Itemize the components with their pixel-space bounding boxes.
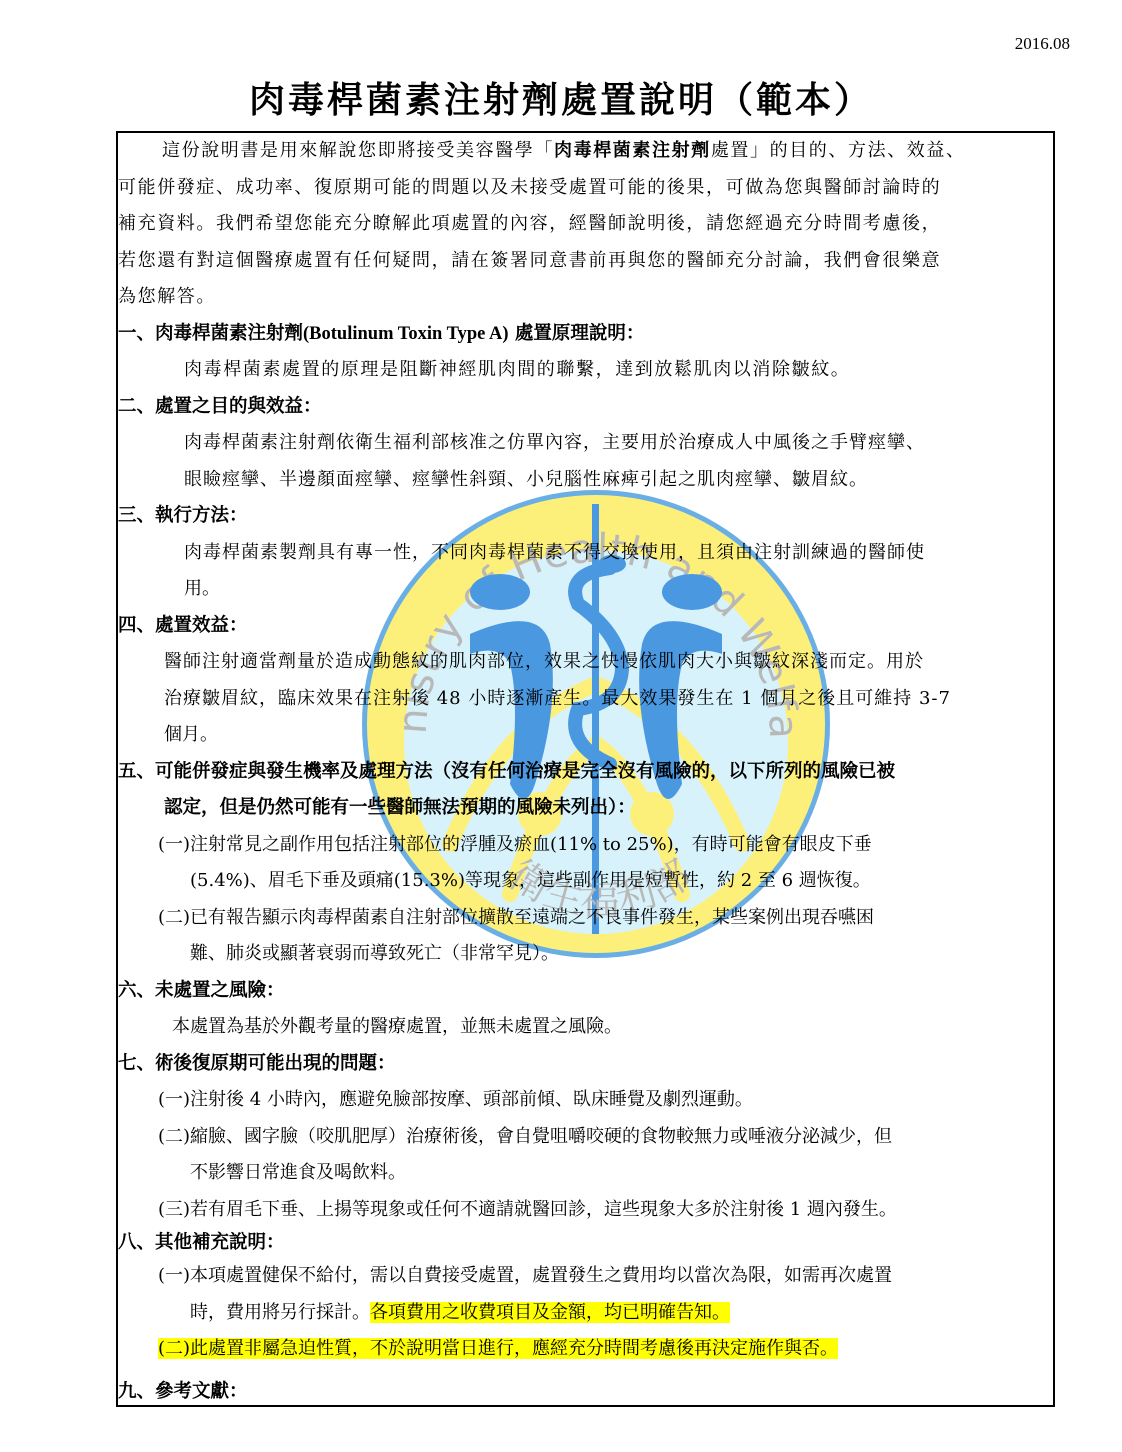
section-5-heading-line-2: 認定，但是仍然可能有一些醫師無法預期的風險未列出）： xyxy=(118,790,1050,827)
section-8-item-1-line-2: 時，費用將另行採計。各項費用之收費項目及金額，均已明確告知。 xyxy=(118,1295,1050,1332)
highlighted-text: (二)此處置非屬急迫性質，不於說明當日進行，應經充分時間考慮後再決定施作與否。 xyxy=(158,1338,838,1359)
intro-line-4: 若您還有對這個醫療處置有任何疑問，請在簽署同意書前再與您的醫師充分討論，我們會很… xyxy=(118,243,1050,280)
intro-text: 這份說明書是用來解說您即將接受美容醫學「 xyxy=(162,140,554,161)
section-6-heading: 六、未處置之風險： xyxy=(118,973,1050,1010)
section-heading-english: (Botulinum Toxin Type A) xyxy=(303,324,508,344)
section-5-heading-line-1: 五、可能併發症與發生機率及處理方法（沒有任何治療是完全沒有風險的，以下所列的風險… xyxy=(118,754,1050,791)
section-5-item-1-line-2: (5.4%)、眉毛下垂及頭痛(15.3%)等現象，這些副作用是短暫性，約 2 至… xyxy=(118,863,1050,900)
section-2-line: 眼瞼痙攣、半邊顏面痙攣、痙攣性斜頸、小兒腦性麻痺引起之肌肉痙攣、皺眉紋。 xyxy=(118,462,1050,499)
section-heading-text: 處置原理說明： xyxy=(508,323,644,344)
section-7-item-3: (三)若有眉毛下垂、上揚等現象或任何不適請就醫回診，這些現象大多於注射後 1 週… xyxy=(118,1192,1050,1229)
section-9-heading: 九、參考文獻： xyxy=(118,1374,1050,1411)
intro-line-3: 補充資料。我們希望您能充分瞭解此項處置的內容，經醫師說明後，請您經過充分時間考慮… xyxy=(118,206,1050,243)
document-date: 2016.08 xyxy=(1015,34,1070,54)
section-8-item-1-line-1: (一)本項處置健保不給付，需以自費接受處置，處置發生之費用均以當次為限，如需再次… xyxy=(118,1258,1050,1295)
section-4-heading: 四、處置效益： xyxy=(118,608,1050,645)
section-4-line: 治療皺眉紋，臨床效果在注射後 48 小時逐漸產生。最大效果發生在 1 個月之後且… xyxy=(118,681,1050,718)
section-5-item-1-line-1: (一)注射常見之副作用包括注射部位的浮腫及瘀血(11% to 25%)，有時可能… xyxy=(118,827,1050,864)
section-6-line: 本處置為基於外觀考量的醫療處置，並無未處置之風險。 xyxy=(118,1009,1050,1046)
section-8-plain-text: 時，費用將另行採計。 xyxy=(190,1302,370,1323)
section-1-heading: 一、肉毒桿菌素注射劑(Botulinum Toxin Type A) 處置原理說… xyxy=(118,316,1050,353)
intro-text: 處置」的目的、方法、效益、 xyxy=(711,140,966,161)
document-title: 肉毒桿菌素注射劑處置說明（範本） xyxy=(0,78,1122,122)
intro-line-1: 這份說明書是用來解說您即將接受美容醫學「肉毒桿菌素注射劑處置」的目的、方法、效益… xyxy=(118,133,1050,170)
section-8-heading: 八、其他補充說明： xyxy=(118,1228,1050,1258)
section-7-heading: 七、術後復原期可能出現的問題： xyxy=(118,1046,1050,1083)
section-7-item-1: (一)注射後 4 小時內，應避免臉部按摩、頭部前傾、臥床睡覺及劇烈運動。 xyxy=(118,1082,1050,1119)
section-5-item-2-line-2: 難、肺炎或顯著衰弱而導致死亡（非常罕見）。 xyxy=(118,936,1050,973)
section-3-heading: 三、執行方法： xyxy=(118,498,1050,535)
section-2-heading: 二、處置之目的與效益： xyxy=(118,389,1050,426)
section-7-item-2-line-2: 不影響日常進食及喝飲料。 xyxy=(118,1155,1050,1192)
document-body: 這份說明書是用來解說您即將接受美容醫學「肉毒桿菌素注射劑處置」的目的、方法、效益… xyxy=(118,133,1050,1410)
section-3-line: 用。 xyxy=(118,571,1050,608)
intro-line-5: 為您解答。 xyxy=(118,279,1050,316)
highlighted-text: 各項費用之收費項目及金額，均已明確告知。 xyxy=(370,1302,730,1323)
section-2-line: 肉毒桿菌素注射劑依衛生福利部核准之仿單內容，主要用於治療成人中風後之手臂痙攣、 xyxy=(118,425,1050,462)
intro-line-2: 可能併發症、成功率、復原期可能的問題以及未接受處置可能的後果，可做為您與醫師討論… xyxy=(118,170,1050,207)
section-heading-text: 一、肉毒桿菌素注射劑 xyxy=(118,323,303,344)
section-3-line: 肉毒桿菌素製劑具有專一性，不同肉毒桿菌素不得交換使用，且須由注射訓練過的醫師使 xyxy=(118,535,1050,572)
intro-bold-term: 肉毒桿菌素注射劑 xyxy=(554,140,711,161)
section-1-line: 肉毒桿菌素處置的原理是阻斷神經肌肉間的聯繫，達到放鬆肌肉以消除皺紋。 xyxy=(118,352,1050,389)
section-8-item-2: (二)此處置非屬急迫性質，不於說明當日進行，應經充分時間考慮後再決定施作與否。 xyxy=(118,1331,1050,1368)
section-4-line: 醫師注射適當劑量於造成動態紋的肌肉部位，效果之快慢依肌肉大小與皺紋深淺而定。用於 xyxy=(118,644,1050,681)
section-7-item-2-line-1: (二)縮臉、國字臉（咬肌肥厚）治療術後，會自覺咀嚼咬硬的食物較無力或唾液分泌減少… xyxy=(118,1119,1050,1156)
section-5-item-2-line-1: (二)已有報告顯示肉毒桿菌素自注射部位擴散至遠端之不良事件發生，某些案例出現吞嚥… xyxy=(118,900,1050,937)
section-4-line: 個月。 xyxy=(118,717,1050,754)
